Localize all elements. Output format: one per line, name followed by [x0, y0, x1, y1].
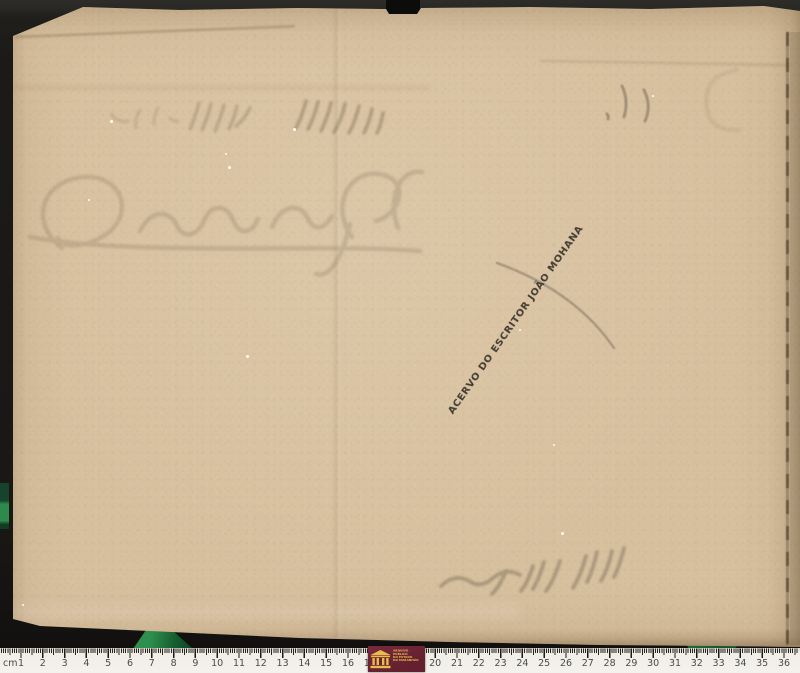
pinhole-speck	[652, 95, 654, 97]
bleed-strokes-top-left-cluster	[112, 108, 178, 128]
paper-vignette	[0, 0, 800, 650]
ruler-number: 6	[127, 658, 133, 669]
archive-logo-text: ARQUIVOPÚBLICODO ESTADODO MARANHÃO	[393, 649, 423, 669]
ruler-number: 8	[171, 658, 177, 669]
document-page: ACERVO DO ESCRITOR JOÃO MOHANA	[0, 0, 800, 650]
pinhole-speck	[110, 120, 113, 123]
green-marker-edge-left	[0, 483, 9, 529]
ruler-number: 30	[647, 658, 659, 669]
ruler-number: 35	[756, 658, 768, 669]
paper-crease	[15, 25, 295, 38]
ruler-number: 33	[713, 658, 725, 669]
ruler-number: 12	[255, 658, 267, 669]
bleed-strokes-top-right-cluster	[296, 101, 383, 133]
ruler-number: 7	[149, 658, 155, 669]
underlying-page-shadow	[790, 32, 800, 645]
ruler-number: 11	[233, 658, 245, 669]
ruler-number: 1	[18, 658, 24, 669]
ruler-number: 5	[105, 658, 111, 669]
underlying-page-edge	[786, 32, 789, 645]
vertical-fold-line	[333, 8, 341, 644]
pinhole-speck	[225, 153, 227, 155]
bleed-word-bottom	[441, 548, 624, 594]
pinhole-speck	[228, 166, 231, 169]
pinhole-speck	[293, 128, 296, 131]
ruler-number: 2	[40, 658, 46, 669]
paper-edge-notch	[386, 0, 420, 15]
paper-texture	[0, 0, 800, 650]
ruler-number: 9	[192, 658, 198, 669]
pinhole-speck	[246, 355, 249, 358]
ruler-number: 27	[582, 658, 594, 669]
ruler-number: 23	[495, 658, 507, 669]
collection-stamp: ACERVO DO ESCRITOR JOÃO MOHANA	[446, 224, 586, 417]
logo-text-line: DO MARANHÃO	[393, 659, 423, 662]
ruler-number: 34	[734, 658, 746, 669]
ruler-unit-label: cm	[3, 658, 17, 669]
building-icon	[370, 650, 391, 669]
bleed-signature-flourish	[30, 172, 422, 275]
ruler-number: 22	[473, 658, 485, 669]
pinhole-speck	[22, 604, 24, 606]
paper-crease	[10, 86, 430, 89]
scanned-document-view: ACERVO DO ESCRITOR JOÃO MOHANA cm 123456…	[0, 0, 800, 673]
paper-crease	[540, 60, 790, 66]
pencil-arc-center	[497, 263, 614, 348]
ruler-number: 14	[298, 658, 310, 669]
ruler-number: 26	[560, 658, 572, 669]
ruler-number: 10	[211, 658, 223, 669]
pinhole-speck	[553, 444, 555, 446]
pinhole-speck	[561, 532, 564, 535]
pinhole-speck	[519, 329, 521, 331]
ruler-number: 25	[538, 658, 550, 669]
ruler-number: 13	[277, 658, 289, 669]
ruler-number: 16	[342, 658, 354, 669]
ruler-number: 3	[62, 658, 68, 669]
pencil-curve-top-right	[706, 70, 739, 130]
ruler-number: 29	[625, 658, 637, 669]
ruler-number: 4	[83, 658, 89, 669]
pencil-marks-top-right	[607, 86, 648, 121]
ruler-number: 21	[451, 658, 463, 669]
archive-logo-badge: ARQUIVOPÚBLICODO ESTADODO MARANHÃO	[368, 646, 425, 672]
ruler-number: 24	[516, 658, 528, 669]
ruler-number: 20	[429, 658, 441, 669]
ruler-number: 31	[669, 658, 681, 669]
ruler-number: 32	[691, 658, 703, 669]
handwriting-bleedthrough	[0, 0, 800, 650]
ruler-number: 15	[320, 658, 332, 669]
ruler-number: 28	[604, 658, 616, 669]
pinhole-speck	[88, 199, 90, 201]
bleed-strokes-top-mid-cluster	[190, 103, 250, 131]
paper-crease	[0, 604, 520, 620]
ruler-number: 36	[778, 658, 790, 669]
